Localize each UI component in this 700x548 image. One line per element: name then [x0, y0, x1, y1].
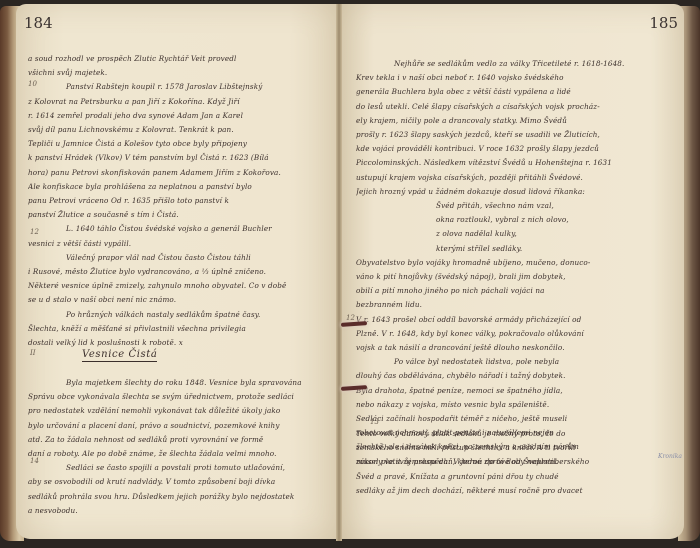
text-line: Po válce byl nedostatek lidstva, pole ne…: [356, 355, 676, 369]
text-line: Byla majetkem šlechty do roku 1848. Vesn…: [28, 376, 328, 390]
right-page-text-block-1: Nejhůře se sedlákům vedlo za války Třice…: [356, 57, 676, 469]
margin-mark: 13: [370, 418, 379, 426]
text-line: i Rusové, město Žlutice bylo vydrancován…: [28, 265, 328, 279]
text-line: panu Petrovi vráceno Od r. 1635 přišlo t…: [28, 194, 328, 208]
text-line: nebo nákazy z vojska, místo vesnic byla …: [356, 398, 676, 412]
text-line: bylo určování a placení daní, právo a so…: [28, 419, 328, 433]
text-line: do lesů utekli. Celé šlapy císařských a …: [356, 100, 676, 114]
text-line: Nejhůře se sedlákům vedlo za války Třice…: [356, 57, 676, 71]
text-line: bezbranném lidu.: [356, 298, 676, 312]
text-line: Jejich hrozný vpád u žádném dokazuje dos…: [356, 185, 676, 199]
text-line: atd. Za to žádala nehnost od sedláků pro…: [28, 433, 328, 447]
text-line: Tepliči u Jamnice Čistá a Kolešov tyto o…: [28, 137, 328, 151]
text-line: panství Žlutice a současně s tím i Čistá…: [28, 208, 328, 222]
text-line: Byla drahota, špatné peníze, nemoci se š…: [356, 384, 676, 398]
text-line: zemského sněmu měli přístup šlechtici a …: [356, 441, 676, 455]
text-line: Ale konfiskace byla prohlášena za neplat…: [28, 180, 328, 194]
text-line: Piccolominských. Následkem vítězství Švé…: [356, 156, 676, 170]
text-line: hora) panu Petrovi skonfiskován panem Ad…: [28, 166, 328, 180]
section-heading: Vesnice Čistá: [82, 349, 157, 362]
text-line: k panství Hrádek (Vlkov) V tém panstvím …: [28, 151, 328, 165]
text-line: ustupují krajem vojska císařských, pozdě…: [356, 171, 676, 185]
text-line: všichni svůj majetek.: [28, 66, 328, 80]
book-spine: [336, 4, 342, 541]
text-line: Po hrůzných válkách nastaly sedlákům špa…: [28, 308, 328, 322]
text-line: a soud rozhodl ve prospěch Zlutic Rychtá…: [28, 52, 328, 66]
open-book: 184 185 10 12 II 14 a soud rozhodl ve pr…: [0, 0, 700, 548]
text-line: Švéd a pravé, Knížata a gruntovní páni d…: [356, 470, 676, 484]
poem-line: Švéd přitáh, všechno nám vzal,: [356, 199, 676, 213]
text-line: váno k pití hnojůvky (švédský nápoj), br…: [356, 270, 676, 284]
text-line: svůj díl panu Lichnovskému z Kolovrat. T…: [28, 123, 328, 137]
text-line: Správu obce vykonávala šlechta se svým ú…: [28, 390, 328, 404]
text-line: pro nedostatek vzdělání nemohli vykonáva…: [28, 404, 328, 418]
text-line: sedláky až jim dech dochází, některé mus…: [356, 484, 676, 498]
text-line: Šlechta, kněží a měšťané si přivlastnili…: [28, 322, 328, 336]
margin-stamp: Kronika: [658, 453, 682, 460]
margin-mark: 12: [346, 314, 355, 322]
text-line: Sedláci se často spojili a povstali prot…: [28, 461, 328, 475]
right-page-text-block-3: Tento velký daňový útlak sedláků je možn…: [356, 427, 676, 498]
text-line: V r. 1643 prošel obcí oddíl bavorské arm…: [356, 313, 676, 327]
text-line: prošly r. 1623 šlapy saských jezdců, kte…: [356, 128, 676, 142]
text-line: vojsk a tak násilí a drancování ještě dl…: [356, 341, 676, 355]
text-line: ely krajem, ničily pole a drancovaly sta…: [356, 114, 676, 128]
text-line: sedláků prohrála svou hru. Důsledkem jej…: [28, 490, 328, 504]
text-line: zákony ve svůj prospěch. V jedné zprávě …: [356, 455, 676, 469]
text-line: r. 1614 zemřel prodali jeho dva synové A…: [28, 109, 328, 123]
text-line: Panství Rabštejn koupil r. 1578 Jaroslav…: [28, 80, 328, 94]
poem-line: z olova nadělal kulky,: [356, 227, 676, 241]
left-page-number: 184: [24, 14, 53, 32]
text-line: Obyvatelstvo bylo vojáky hromadně ubíjen…: [356, 256, 676, 270]
text-line: a nesvobodu.: [28, 504, 328, 518]
text-line: Tento velký daňový útlak sedláků je možn…: [356, 427, 676, 441]
text-line: dostali velký lid k poslušnosti k robotě…: [28, 336, 328, 350]
text-line: Krev tekla i v naší obci neboť r. 1640 v…: [356, 71, 676, 85]
text-line: z Kolovrat na Petrsburku a pan Jiří z Ko…: [28, 95, 328, 109]
text-line: L. 1640 táhlo Čistou švédské vojsko a ge…: [28, 222, 328, 236]
text-line: generála Buchlera byla obec z větší část…: [356, 85, 676, 99]
right-page-number: 185: [649, 14, 678, 32]
text-line: Plzně. V r. 1648, kdy byl konec války, p…: [356, 327, 676, 341]
text-line: daní a roboty. Ale po době známe, že šle…: [28, 447, 328, 461]
text-line: Sedláci začínali hospodařit téměř z niče…: [356, 412, 676, 426]
text-line: Válečný prapor vlál nad Čistou často Čis…: [28, 251, 328, 265]
text-line: obilí a pití mnoho jiného po nich páchal…: [356, 284, 676, 298]
text-line: se u d stalo v naší obci není nic známo.: [28, 293, 328, 307]
text-line: dlouhý čas obdělávána, chybělo nářadí i …: [356, 369, 676, 383]
left-page-text-block-2: Byla majetkem šlechty do roku 1848. Vesn…: [28, 376, 328, 518]
text-line: Některé vesnice úplně zmizely, zahynulo …: [28, 279, 328, 293]
poem-line: okna roztloukl, vybral z nich olovo,: [356, 213, 676, 227]
left-page-text-block-1: a soud rozhodl ve prospěch Zlutic Rychtá…: [28, 52, 328, 350]
poem-line: kterými střílel sedláky.: [356, 242, 676, 256]
text-line: aby se osvobodili od krutí nadvlády. V t…: [28, 475, 328, 489]
text-line: vesnici z větší části vypálil.: [28, 237, 328, 251]
text-line: kde vojáci prováděli kontribuci. V roce …: [356, 142, 676, 156]
